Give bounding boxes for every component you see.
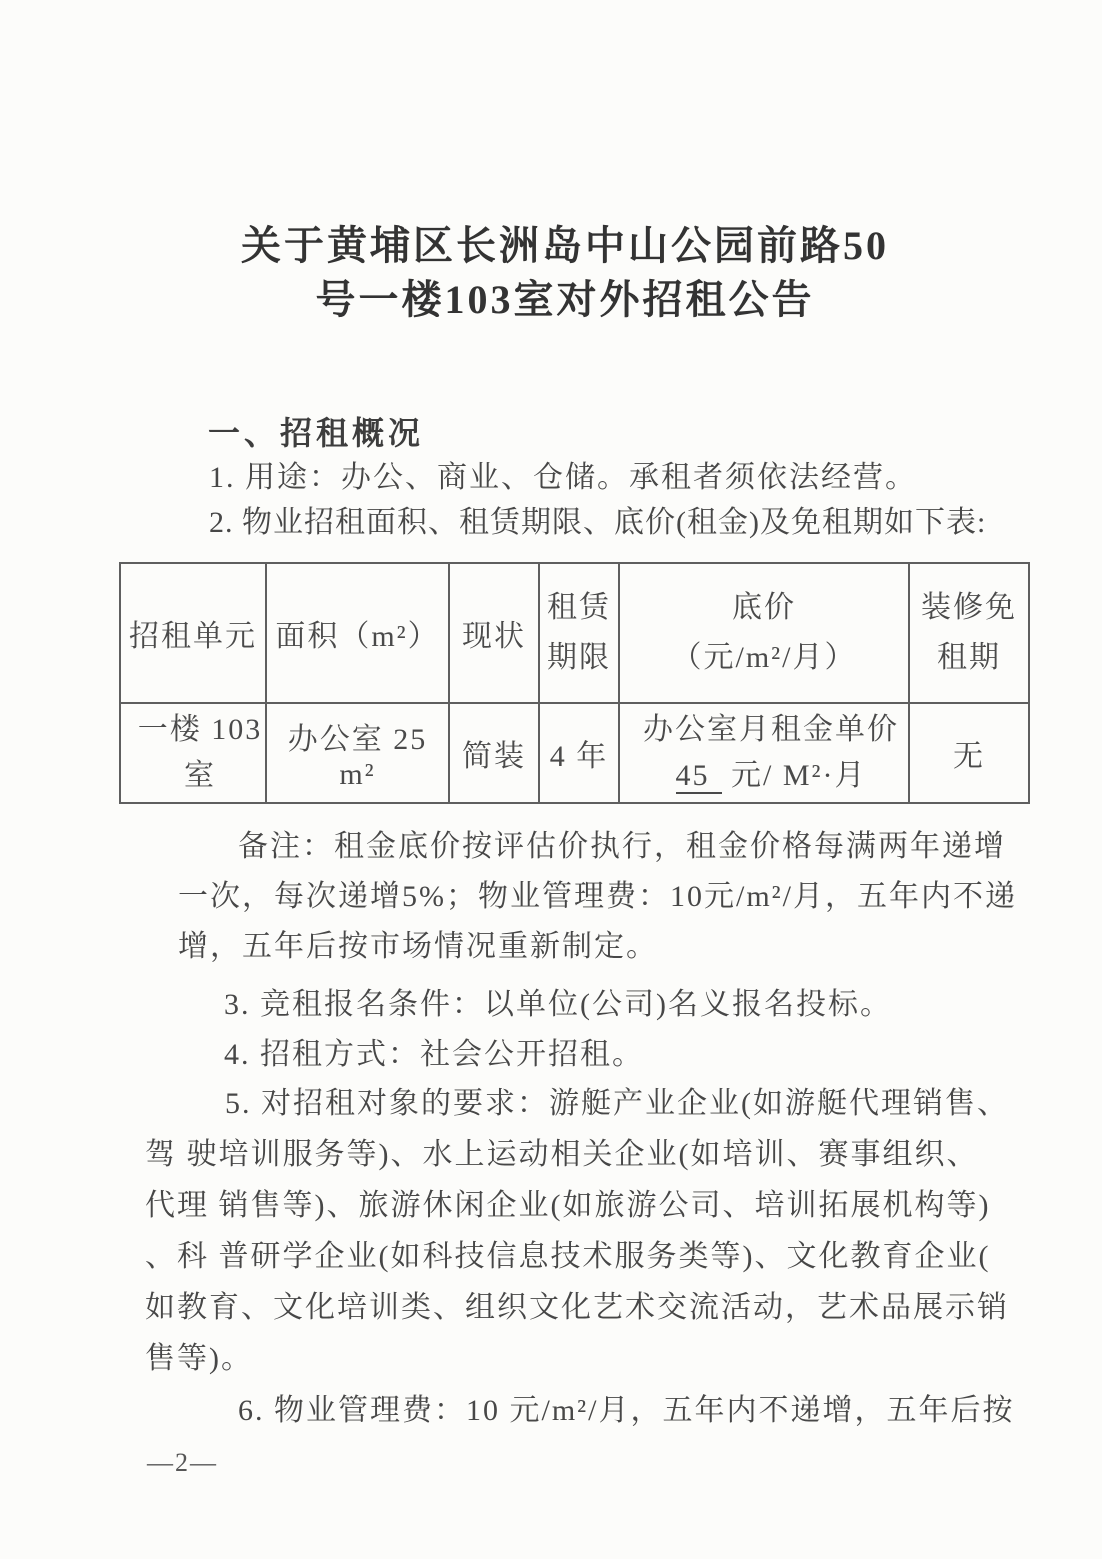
- section-heading: 一、招租概况: [208, 408, 424, 454]
- document-title-line1: 关于黄埔区长洲岛中山公园前路50: [28, 219, 1102, 273]
- header-base-price-lines: 底价 （元/m²/月）: [620, 583, 908, 683]
- item-2-table-intro: 2. 物业招租面积、租赁期限、底价(租金)及免租期如下表:: [209, 497, 986, 541]
- header-lease-term-line1: 租赁: [540, 583, 618, 633]
- header-lease-term-lines: 租赁 期限: [540, 583, 618, 683]
- item-5-tenant-requirements: 5. 对招租对象的要求：游艇产业企业(如游艇代理销售、 驾 驶培训服务等)、水上…: [145, 1078, 1009, 1384]
- cell-rent-free: 无: [909, 703, 1029, 803]
- item-5-line2: 驾 驶培训服务等)、水上运动相关企业(如培训、赛事组织、: [145, 1129, 1009, 1180]
- item-5-line3: 代理 销售等)、旅游休闲企业(如旅游公司、培训拓展机构等): [145, 1180, 1009, 1231]
- header-base-price-line1: 底价: [620, 583, 908, 633]
- item-1-usage: 1. 用途：办公、商业、仓储。承租者须依法经营。: [209, 452, 917, 496]
- price-underlined-value: 45: [676, 759, 722, 794]
- header-area: 面积（m²）: [266, 563, 449, 703]
- document-title: 关于黄埔区长洲岛中山公园前路50 号一楼103室对外招租公告: [0, 219, 1102, 327]
- header-rent-free-lines: 装修免 租期: [910, 583, 1028, 683]
- header-rent-free-period: 装修免 租期: [909, 563, 1029, 703]
- remark-line1: 备注：租金底价按评估价执行，租金价格每满两年递增: [178, 822, 1017, 872]
- page-number: —2—: [147, 1448, 218, 1478]
- item-5-line6: 售等)。: [145, 1333, 1009, 1384]
- cell-rental-unit: 一楼 103 室: [120, 703, 266, 803]
- cell-rental-unit-line2: 室: [135, 753, 265, 799]
- table-data-row: 一楼 103 室 办公室 25 m² 简装 4 年 办公室月租金单价 45 元/…: [120, 703, 1029, 803]
- header-rental-unit: 招租单元: [120, 563, 266, 703]
- rental-table: 招租单元 面积（m²） 现状 租赁 期限 底价 （元/m²/月）: [119, 562, 1030, 804]
- item-5-line1: 5. 对招租对象的要求：游艇产业企业(如游艇代理销售、: [145, 1078, 1009, 1129]
- cell-base-price: 办公室月租金单价 45 元/ M²·月: [619, 703, 909, 803]
- remark-line3: 增，五年后按市场情况重新制定。: [178, 922, 1017, 972]
- header-base-price: 底价 （元/m²/月）: [619, 563, 909, 703]
- header-rent-free-line1: 装修免: [910, 583, 1028, 633]
- cell-status: 简装: [449, 703, 539, 803]
- item-5-line5: 如教育、文化培训类、组织文化艺术交流活动，艺术品展示销: [145, 1282, 1009, 1333]
- header-status: 现状: [449, 563, 539, 703]
- header-base-price-line2: （元/m²/月）: [620, 633, 908, 683]
- document-page: 关于黄埔区长洲岛中山公园前路50 号一楼103室对外招租公告 一、招租概况 1.…: [0, 0, 1102, 1559]
- cell-base-price-line2: 45 元/ M²·月: [634, 753, 908, 799]
- remark-paragraph: 备注：租金底价按评估价执行，租金价格每满两年递增 一次，每次递增5%；物业管理费…: [178, 822, 1017, 972]
- item-6-property-fee: 6. 物业管理费：10 元/m²/月，五年内不递增，五年后按: [145, 1385, 1015, 1429]
- cell-area: 办公室 25 m²: [266, 703, 449, 803]
- cell-base-price-line1: 办公室月租金单价: [634, 707, 908, 753]
- cell-rental-unit-line1: 一楼 103: [135, 707, 265, 753]
- item-4-rental-method: 4. 招租方式：社会公开招租。: [224, 1029, 644, 1073]
- remark-line2: 一次，每次递增5%；物业管理费：10元/m²/月，五年内不递: [178, 872, 1017, 922]
- header-lease-term-line2: 期限: [540, 633, 618, 683]
- document-title-line2: 号一楼103室对外招租公告: [28, 273, 1102, 327]
- header-rent-free-line2: 租期: [910, 633, 1028, 683]
- item-6-line1: 6. 物业管理费：10 元/m²/月，五年内不递增，五年后按: [145, 1385, 1015, 1429]
- cell-lease-term: 4 年: [539, 703, 619, 803]
- price-unit-text: 元/ M²·月: [722, 759, 867, 792]
- header-lease-term: 租赁 期限: [539, 563, 619, 703]
- item-5-line4: 、科 普研学企业(如科技信息技术服务类等)、文化教育企业(: [145, 1231, 1009, 1282]
- item-3-bid-conditions: 3. 竞租报名条件：以单位(公司)名义报名投标。: [224, 979, 892, 1023]
- table-header-row: 招租单元 面积（m²） 现状 租赁 期限 底价 （元/m²/月）: [120, 563, 1029, 703]
